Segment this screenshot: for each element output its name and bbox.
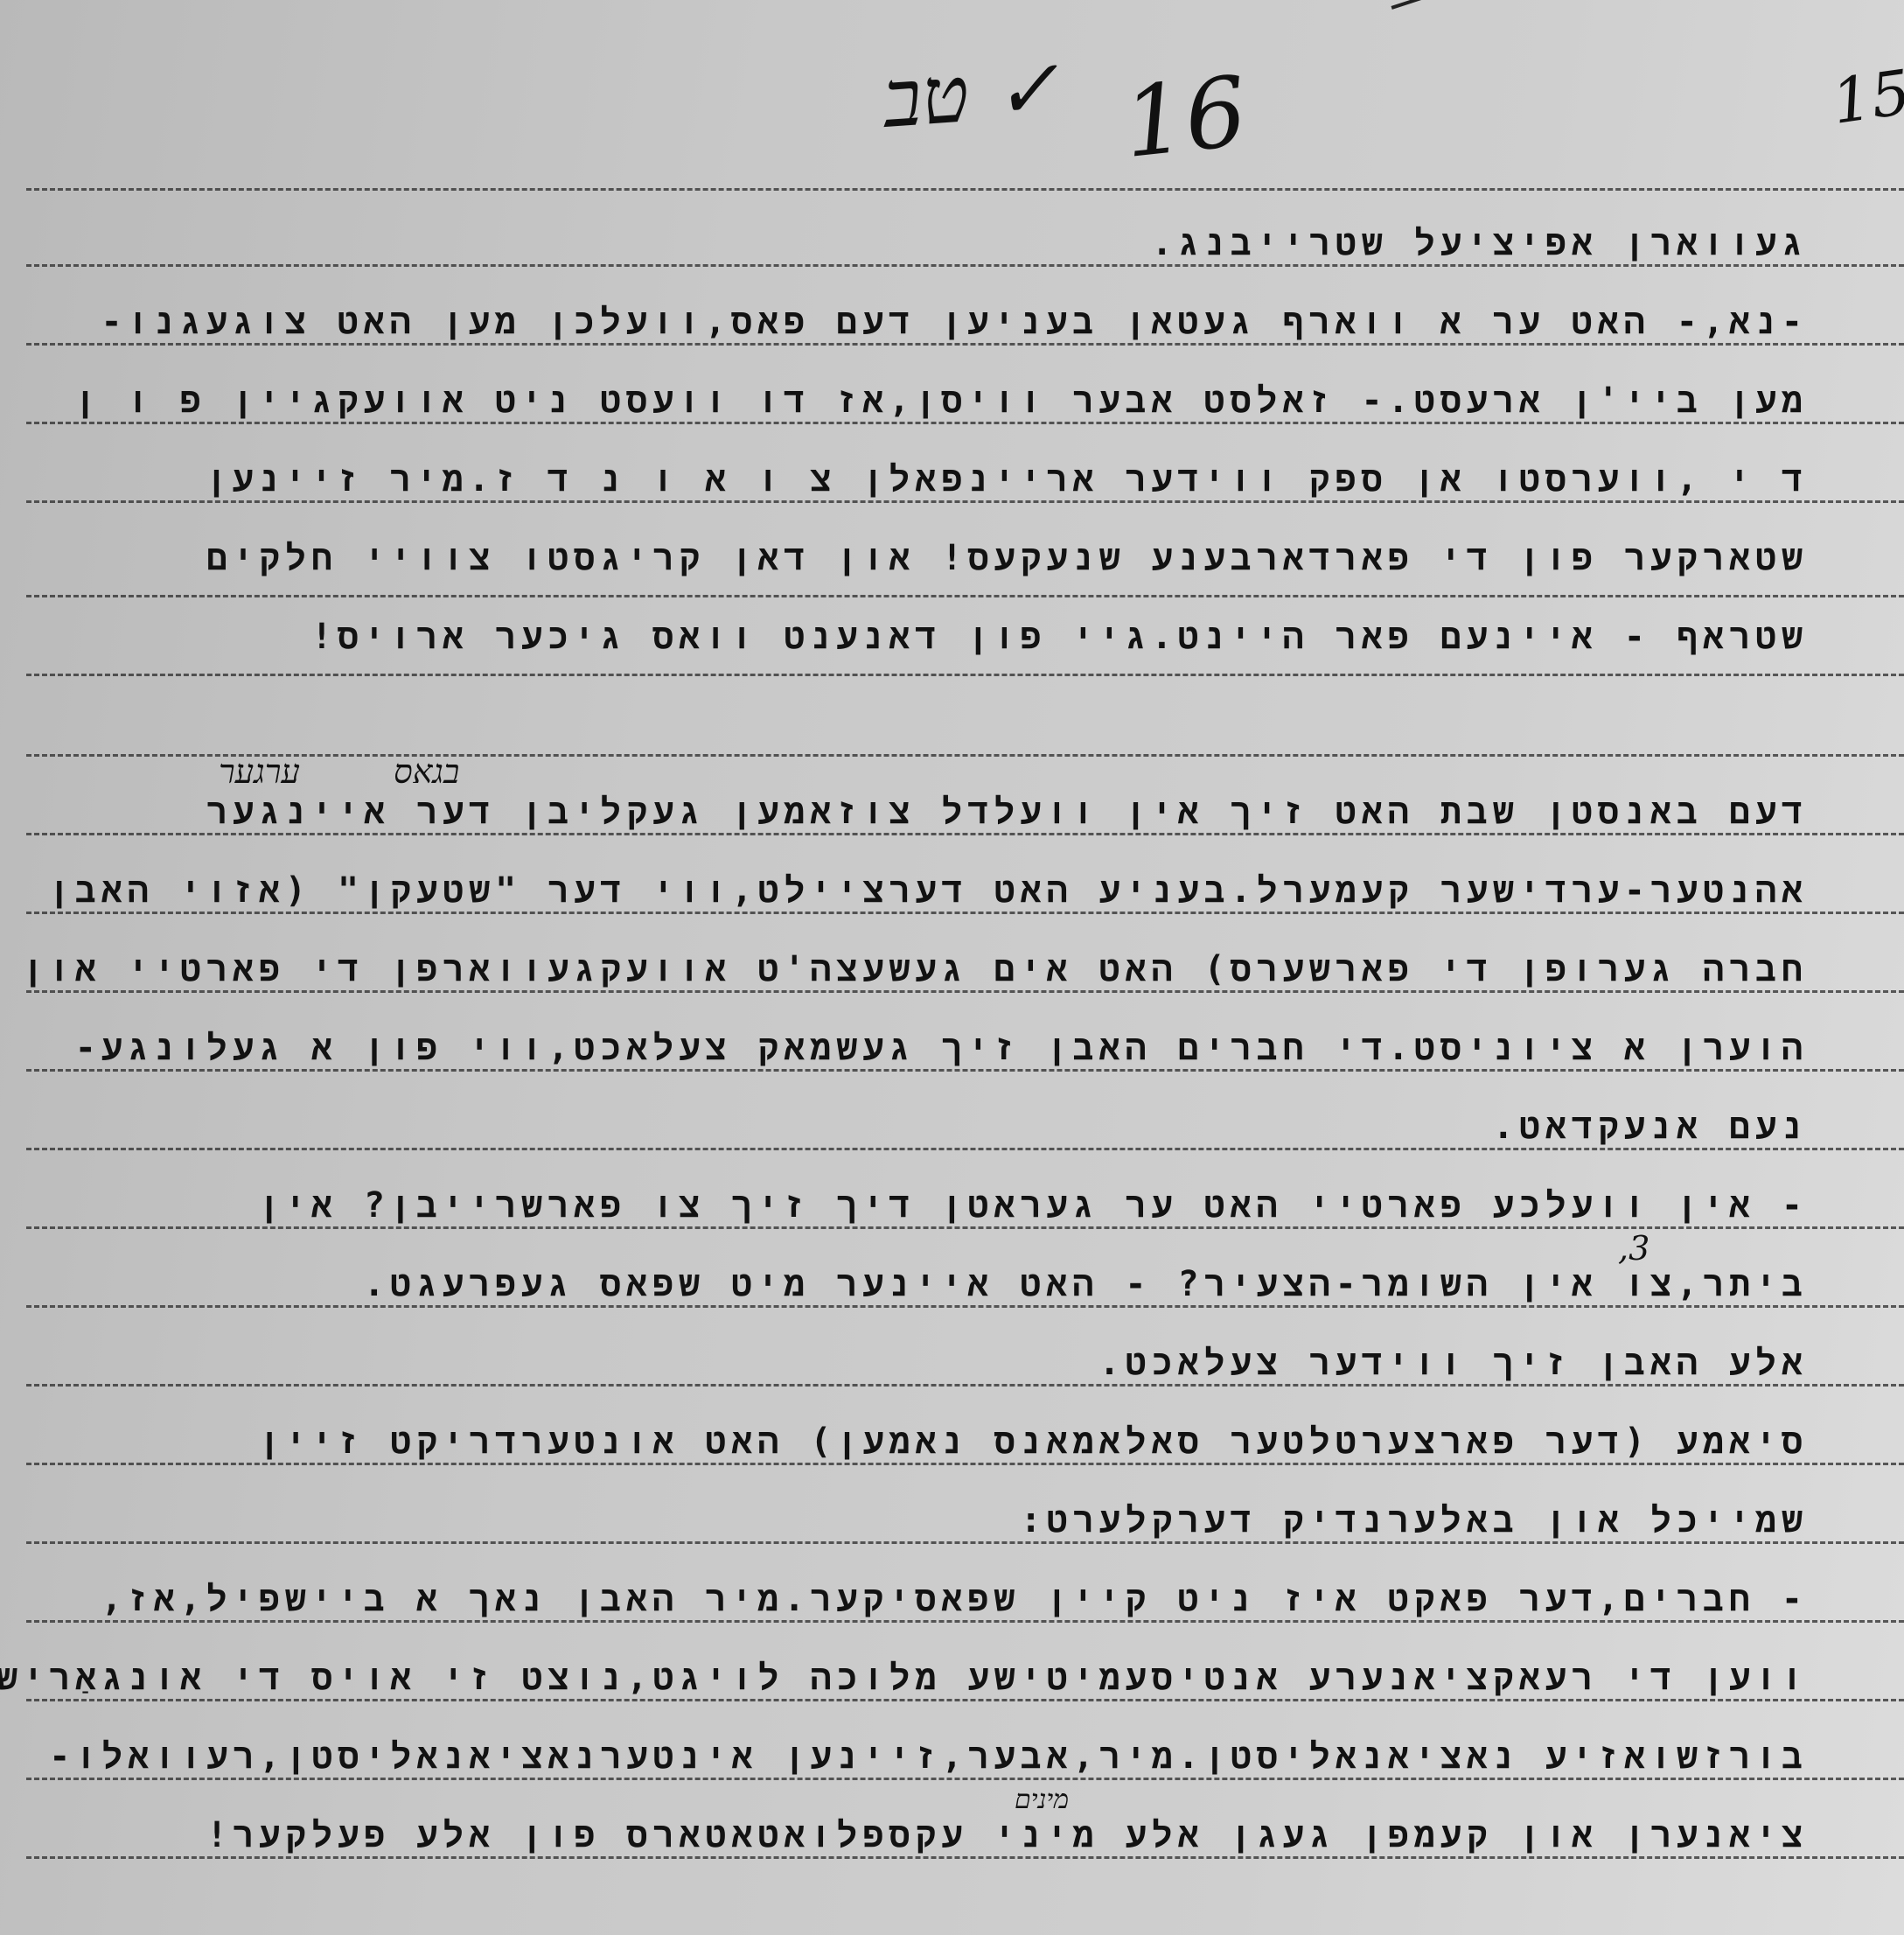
text-line: דעם באנסטן שבת האט זיך אין וועלדל צוזאמע…: [206, 792, 1808, 835]
text-line: ווען די רעאקציאנערע אנטיסעמיטישע מלוכה ל…: [0, 1658, 1808, 1701]
handwritten-annotation: ערגער: [219, 752, 300, 792]
handwritten-label: טב ✓: [881, 42, 1064, 146]
text-line: - אין וועלכע פארטיי האט ער געראטן דיך זי…: [259, 1185, 1808, 1228]
handwritten-page-number: 16: [1119, 55, 1252, 179]
text-line: ד י ,ווערסטו אן ספק ווידער אריינפאלן צ ו…: [206, 459, 1809, 502]
text-line: חברה גערופן די פארשערס) האט אים געשעצה'ט…: [23, 949, 1808, 992]
text-line: -נא,- האט ער א ווארף געטאן בעניען דעם פא…: [101, 302, 1808, 345]
text-line: ציאנערן און קעמפן געגן אלע מיני עקספלואט…: [206, 1815, 1808, 1858]
document-page: טב ✓ 16 15 געווארן אפיציעל שטרייבנג. -נא…: [0, 0, 1904, 1935]
text-line: הוערן א ציוניסט.די חברים האבן זיך געשמאק…: [75, 1028, 1808, 1071]
rule-line: [26, 595, 1904, 597]
document-title: געווארן אפיציעל שטרייבנג.: [1152, 223, 1808, 266]
text-line: ביתר,צו אין השומר-הצעיר? - האט איינער מי…: [364, 1264, 1808, 1307]
text-line: - חברים,דער פאקט איז ניט קיין שפאסיקער.מ…: [101, 1579, 1808, 1622]
handwritten-corner-number: 15: [1828, 56, 1904, 138]
text-line: אהנטער-ערדישער קעמערל.בעניע האט דערציילט…: [49, 870, 1808, 913]
text-line: בורזשואזיע נאציאנאליסטן.מיר,אבער,זיינען …: [49, 1736, 1808, 1779]
rule-line: [26, 674, 1904, 676]
handwritten-annotation: 3,: [1618, 1229, 1649, 1268]
rule-line: [26, 754, 1904, 757]
text-line: שטארקער פון די פארדארבענע שנעקעס! און דא…: [206, 538, 1808, 581]
pen-stroke: [1391, 0, 1429, 10]
text-line: אלע האבן זיך ווידער צעלאכט.: [1099, 1343, 1809, 1386]
text-line: מען ביי'ן ארעסט.- זאלסט אבער וויסן,אז דו…: [74, 381, 1808, 423]
handwritten-annotation: בגאס: [394, 752, 459, 792]
text-line: שטראף - איינעם פאר היינט.גיי פון דאנענט …: [311, 617, 1808, 660]
text-line: סיאמע (דער פארצערטלטער סאלאמאנס נאמען) ה…: [259, 1422, 1808, 1464]
handwritten-annotation: מינים: [1015, 1785, 1069, 1815]
rule-line: [26, 188, 1904, 191]
text-line: שמייכל און באלערנדיק דערקלערט:: [1021, 1500, 1808, 1543]
text-line: נעם אנעקדאט.: [1493, 1107, 1808, 1149]
